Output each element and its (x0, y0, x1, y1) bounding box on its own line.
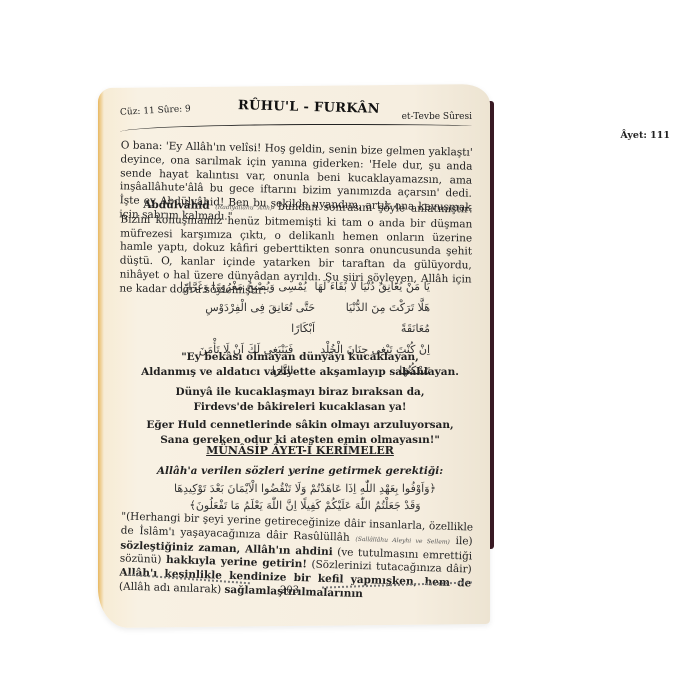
ayah-line: ﴿وَاَوْفُوا بِعَهْدِ اللّٰهِ اِذَا عَاهَ… (170, 480, 440, 497)
verse-stanza-2: Dünyâ ile kucaklaşmayı biraz bıraksan da… (140, 385, 460, 415)
section-title: MÜNÂSİP ÂYET-İ KERÎMELER (140, 444, 460, 457)
page-number: 203 (280, 585, 299, 596)
verse-line: Dünyâ ile kucaklaşmayı biraz bıraksan da… (140, 385, 460, 400)
verse-line: Aldanmış ve aldatıcı vaziyette akşamlayı… (140, 365, 460, 380)
poem-row: يَا مَنْ يُعَانِقُ دُنْيَا لَا بَقَاءَ ل… (180, 276, 430, 297)
poem-hemistich: يُمْسِى وَيُصْبِحُ مَغْرُورًا وَغَرَّارً… (180, 276, 307, 297)
honorific: (Sallâllâhu Aleyhi ve Sellem) (355, 536, 450, 546)
verse-stanza-1: "Ey bekâsı olmayan dünyâyı kucaklayan, A… (140, 350, 460, 380)
ayah-line: وَقَدْ جَعَلْتُمُ اللّٰهَ عَلَيْكُمْ كَف… (170, 497, 440, 514)
surah-name: et-Tevbe Sûresi (402, 112, 472, 122)
text: ile) (450, 535, 473, 548)
honorific: (Radıyallâhu Anh) (215, 204, 272, 212)
poem-hemistich: هَلَّا تَرَكْتَ مِنَ الدُّنْيَا مُعَانَق… (315, 297, 430, 339)
juz-surah-label: Cüz: 11 Sûre: 9 (120, 104, 191, 118)
verse-line: Eğer Huld cennetlerinde sâkin olmayı arz… (140, 418, 460, 433)
section-subtitle: Allâh'a verilen sözleri yerine getirmek … (140, 465, 460, 477)
page-header: Cüz: 11 Sûre: 9 RÛHU'L - FURKÂN et-Tevbe… (120, 98, 472, 128)
poem-hemistich: حَتَّى تُعَانِقَ فِى الْفِرْدَوْسِ اَبْك… (180, 297, 315, 339)
arabic-ayah: ﴿وَاَوْفُوا بِعَهْدِ اللّٰهِ اِذَا عَاهَ… (170, 480, 440, 514)
text: (Allâh adı anılarak) (119, 580, 225, 595)
book-title: RÛHU'L - FURKÂN (238, 98, 380, 117)
verse-line: Firdevs'de bâkireleri kucaklasan ya! (140, 400, 460, 415)
ayet-number: Âyet: 111 (620, 130, 670, 141)
poem-row: هَلَّا تَرَكْتَ مِنَ الدُّنْيَا مُعَانَق… (180, 297, 430, 339)
poem-hemistich: يَا مَنْ يُعَانِقُ دُنْيَا لَا بَقَاءَ ل… (315, 276, 430, 297)
name-abdulvahid: Abdülvâhid (143, 199, 209, 212)
verse-line: "Ey bekâsı olmayan dünyâyı kucaklayan, (140, 350, 460, 365)
header-rule (120, 124, 472, 133)
